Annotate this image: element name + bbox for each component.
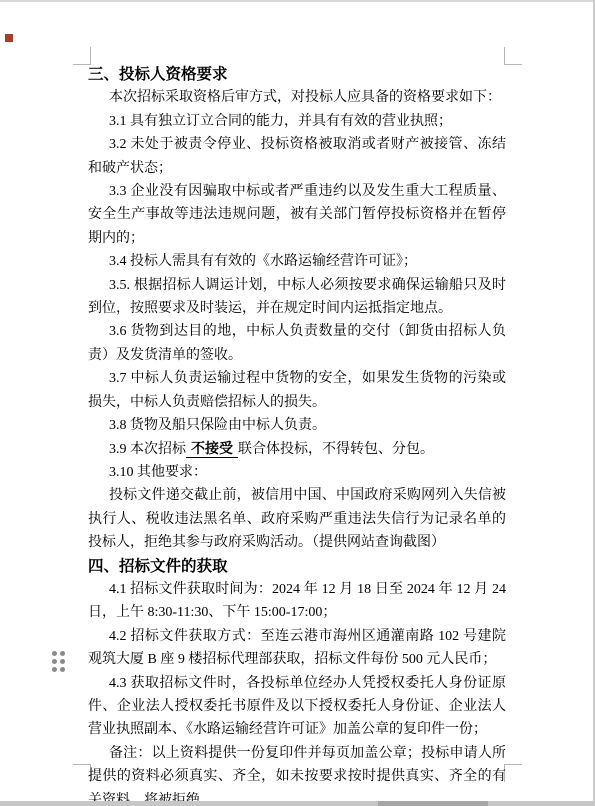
- crop-mark-bottom-right-icon: [504, 764, 522, 782]
- crop-mark-top-right-icon: [504, 47, 522, 65]
- clause-3-3: 3.3 企业没有因骗取中标或者严重违约以及发生重大工程质量、安全生产事故等违法违…: [88, 180, 506, 250]
- window-top-edge: [0, 0, 595, 2]
- clause-3-10-body: 投标文件递交截止前，被信用中国、中国政府采购网列入失信被执行人、税收违法黑名单、…: [88, 484, 506, 554]
- document-page: 三、投标人资格要求 本次招标采取资格后审方式，对投标人应具备的资格要求如下： 3…: [0, 0, 595, 806]
- clause-4-2: 4.2 招标文件获取方式：至连云港市海州区通灌南路 102 号建院观筑大厦 B …: [88, 625, 506, 672]
- section-4-heading: 四、招标文件的获取: [88, 555, 506, 578]
- clause-3-8: 3.8 货物及船只保险由中标人负责。: [88, 414, 506, 437]
- clause-3-9: 3.9 本次招标不接受联合体投标，不得转包、分包。: [88, 438, 506, 461]
- clause-3-5: 3.5. 根据招标人调运计划，中标人必须按要求确保运输船只及时到位，按照要求及时…: [88, 274, 506, 321]
- clause-3-6: 3.6 货物到达目的地，中标人负责数量的交付（卸货由招标人负责）及发货清单的签收…: [88, 320, 506, 367]
- document-body: 三、投标人资格要求 本次招标采取资格后审方式，对投标人应具备的资格要求如下： 3…: [88, 63, 506, 806]
- horizontal-scrollbar[interactable]: [0, 801, 595, 806]
- clause-4-1: 4.1 招标文件获取时间为：2024 年 12 月 18 日至 2024 年 1…: [88, 578, 506, 625]
- clause-3-9-emphasis: 不接受: [186, 442, 238, 458]
- clause-4-3: 4.3 获取招标文件时，各投标单位经办人凭授权委托人身份证原件、企业法人授权委托…: [88, 672, 506, 742]
- drag-handle-dots-icon[interactable]: [52, 651, 65, 672]
- scrollbar-thumb[interactable]: [378, 801, 488, 806]
- clause-3-1: 3.1 具有独立订立合同的能力，并具有有效的营业执照；: [88, 110, 506, 133]
- red-square-marker: [5, 34, 13, 42]
- clause-3-10: 3.10 其他要求：: [88, 461, 506, 484]
- clause-3-9-prefix: 3.9 本次招标: [109, 442, 186, 457]
- clause-3-9-suffix: 联合体投标，不得转包、分包。: [238, 442, 434, 457]
- section-3-intro: 本次招标采取资格后审方式，对投标人应具备的资格要求如下：: [88, 86, 506, 109]
- note-paragraph: 备注：以上资料提供一份复印件并每页加盖公章；投标申请人所提供的资料必须真实、齐全…: [88, 742, 506, 806]
- clause-3-4: 3.4 投标人需具有有效的《水路运输经营许可证》；: [88, 250, 506, 273]
- clause-3-2: 3.2 未处于被责令停业、投标资格被取消或者财产被接管、冻结和破产状态；: [88, 133, 506, 180]
- section-3-heading: 三、投标人资格要求: [88, 63, 506, 86]
- clause-3-7: 3.7 中标人负责运输过程中货物的安全，如果发生货物的污染或损失，中标人负责赔偿…: [88, 367, 506, 414]
